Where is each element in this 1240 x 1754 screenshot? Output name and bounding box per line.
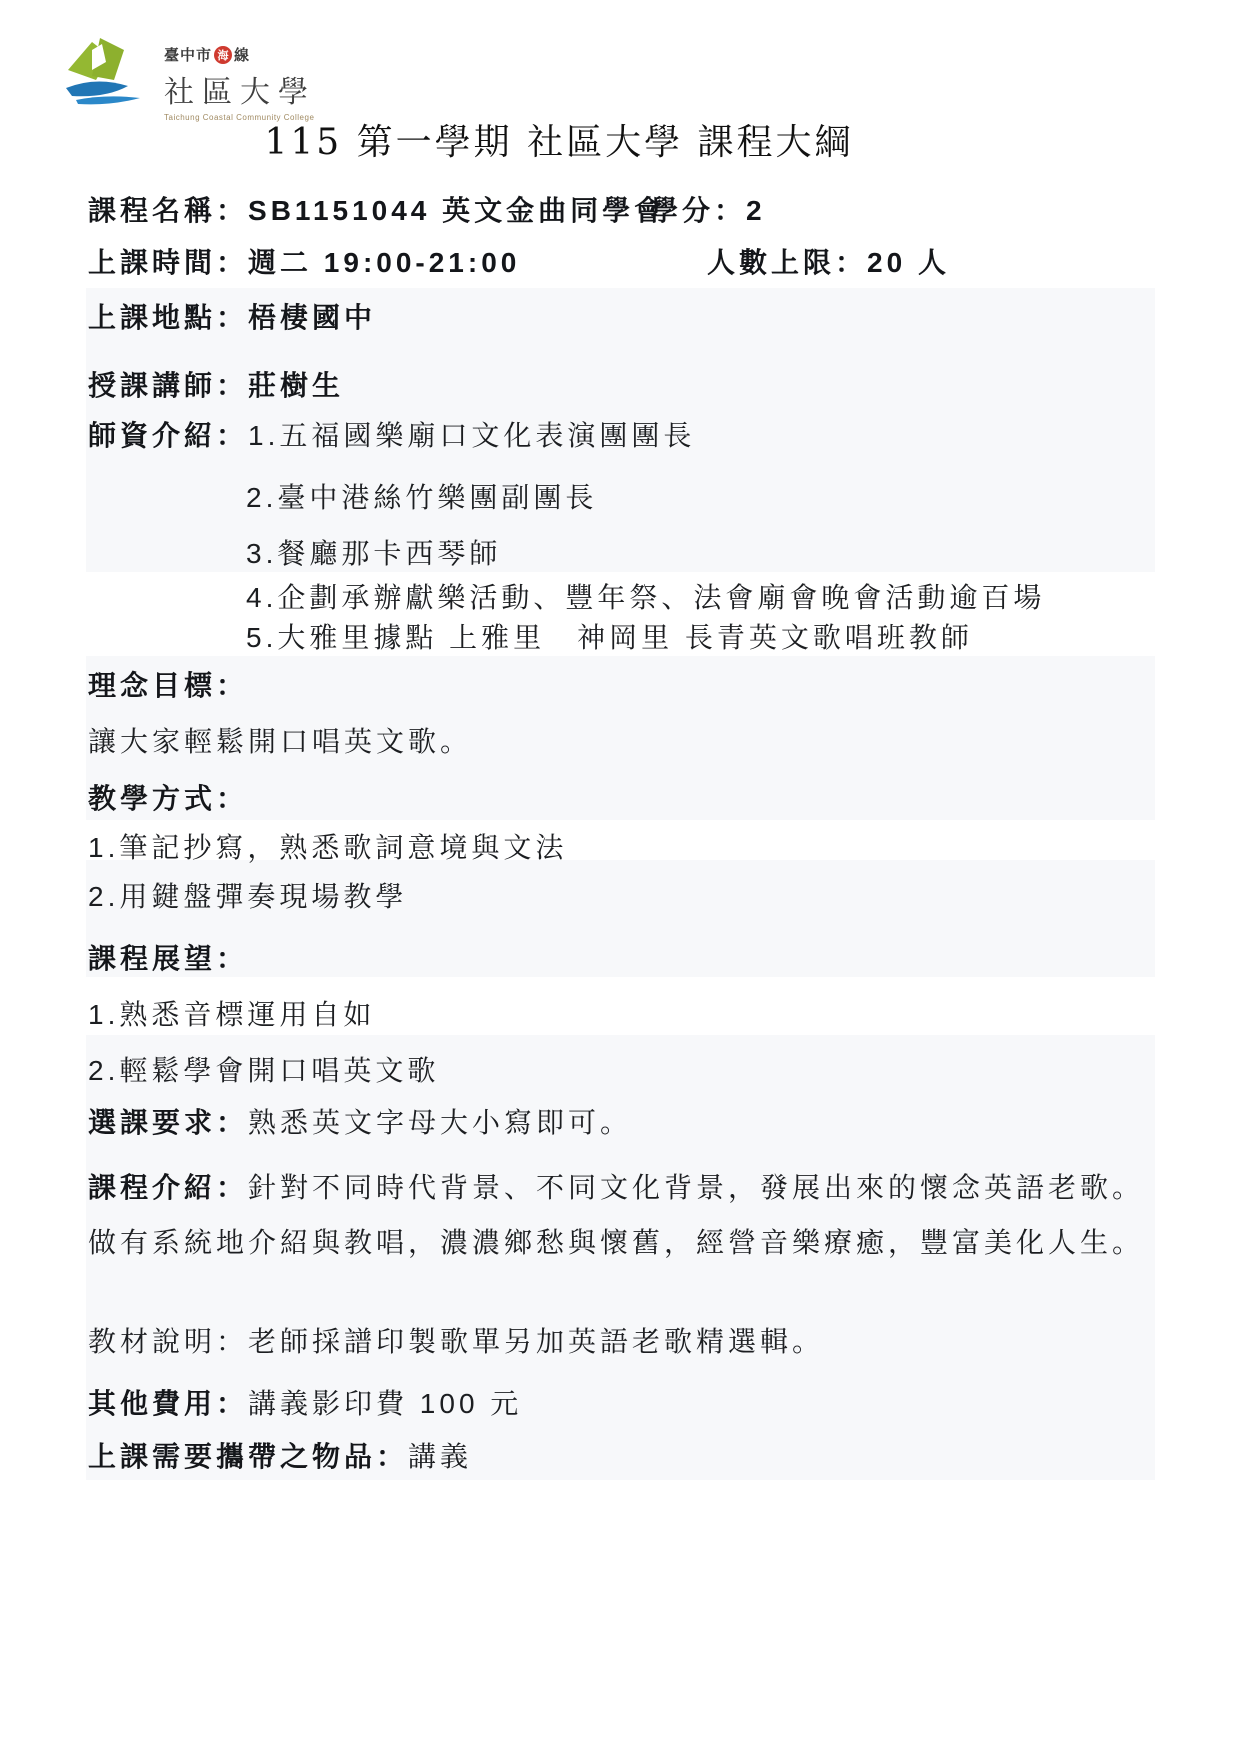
materials-label: 教材說明：	[88, 1326, 248, 1357]
field-location-label: 上課地點：	[88, 302, 248, 333]
field-credits: 學分：2	[650, 196, 766, 226]
field-course-outlook-label: 課程展望：	[88, 944, 248, 974]
school-name: 社區大學	[164, 67, 316, 111]
instructor-intro-item-4: 4.企劃承辦獻樂活動、豐年祭、法會廟會晚會活動逾百場	[246, 583, 1045, 613]
materials-value: 老師採譜印製歌單另加英語老歌精選輯。	[248, 1326, 824, 1357]
field-materials: 教材說明：老師採譜印製歌單另加英語老歌精選輯。	[88, 1327, 824, 1357]
field-location-value: 梧棲國中	[248, 302, 376, 333]
field-course-name: 課程名稱：SB1151044 英文金曲同學會	[88, 196, 666, 226]
field-instructor-intro: 師資介紹：1.五福國樂廟口文化表演團團長	[88, 421, 695, 451]
teaching-method-label-text: 教學方式：	[88, 783, 248, 814]
field-credits-value: 2	[746, 195, 766, 226]
instructor-intro-item-3: 3.餐廳那卡西琴師	[246, 539, 501, 569]
instructor-intro-item-1: 1.五福國樂廟口文化表演團團長	[248, 420, 695, 451]
field-other-fees: 其他費用：講義影印費 100 元	[88, 1389, 522, 1419]
field-class-time-label: 上課時間：	[88, 247, 248, 278]
school-logo-text: 臺中市 海 線 社區大學 Taichung Coastal Community …	[164, 44, 316, 122]
school-region-line: 臺中市 海 線	[164, 44, 316, 65]
course-syllabus-page: 臺中市 海 線 社區大學 Taichung Coastal Community …	[0, 0, 1240, 1754]
goal-label-text: 理念目標：	[88, 670, 248, 701]
field-instructor: 授課講師：莊樹生	[88, 371, 344, 401]
instructor-intro-item-2: 2.臺中港絲竹樂團副團長	[246, 483, 597, 513]
course-intro-label: 課程介紹：	[88, 1172, 248, 1203]
field-class-time: 上課時間：週二 19:00-21:00	[88, 248, 520, 278]
field-class-time-value: 週二 19:00-21:00	[248, 247, 520, 278]
instructor-intro-item-5: 5.大雅里據點 上雅里 神岡里 長青英文歌唱班教師	[246, 623, 973, 653]
page-title: 115 第一學期 社區大學 課程大綱	[0, 114, 1118, 165]
course-outlook-label-text: 課程展望：	[88, 943, 248, 974]
teaching-method-item-2: 2.用鍵盤彈奏現場教學	[88, 882, 407, 912]
coastal-badge: 海	[214, 46, 232, 64]
field-credits-label: 學分：	[650, 195, 746, 226]
field-enrollment-requirement: 選課要求：熟悉英文字母大小寫即可。	[88, 1108, 632, 1138]
teaching-method-item-1: 1.筆記抄寫，熟悉歌詞意境與文法	[88, 833, 567, 863]
field-teaching-method-label: 教學方式：	[88, 784, 248, 814]
field-capacity: 人數上限：20 人	[707, 248, 950, 278]
field-goal-label: 理念目標：	[88, 671, 248, 701]
course-outlook-item-2: 2.輕鬆學會開口唱英文歌	[88, 1056, 439, 1086]
enrollment-requirement-label: 選課要求：	[88, 1107, 248, 1138]
school-city: 臺中市	[164, 44, 212, 65]
items-to-bring-label: 上課需要攜帶之物品：	[88, 1441, 408, 1472]
field-location: 上課地點：梧棲國中	[88, 303, 376, 333]
field-capacity-label: 人數上限：	[707, 247, 867, 278]
field-instructor-label: 授課講師：	[88, 370, 248, 401]
course-outlook-item-1: 1.熟悉音標運用自如	[88, 1000, 375, 1030]
items-to-bring-value: 講義	[408, 1441, 472, 1472]
other-fees-label: 其他費用：	[88, 1388, 248, 1419]
school-region-suffix: 線	[234, 44, 250, 65]
field-instructor-intro-label: 師資介紹：	[88, 420, 248, 451]
field-course-intro: 課程介紹：針對不同時代背景、不同文化背景，發展出來的懷念英語老歌。做有系統地介紹…	[88, 1160, 1157, 1270]
school-logo: 臺中市 海 線 社區大學 Taichung Coastal Community …	[62, 36, 316, 122]
field-course-name-label: 課程名稱：	[88, 195, 248, 226]
enrollment-requirement-value: 熟悉英文字母大小寫即可。	[248, 1107, 632, 1138]
school-logo-icon	[62, 36, 158, 116]
field-course-name-value: SB1151044 英文金曲同學會	[248, 195, 666, 226]
other-fees-value: 講義影印費 100 元	[248, 1388, 522, 1419]
field-instructor-value: 莊樹生	[248, 370, 344, 401]
field-items-to-bring: 上課需要攜帶之物品：講義	[88, 1442, 472, 1472]
field-capacity-value: 20 人	[867, 247, 950, 278]
field-goal-value: 讓大家輕鬆開口唱英文歌。	[88, 727, 472, 757]
